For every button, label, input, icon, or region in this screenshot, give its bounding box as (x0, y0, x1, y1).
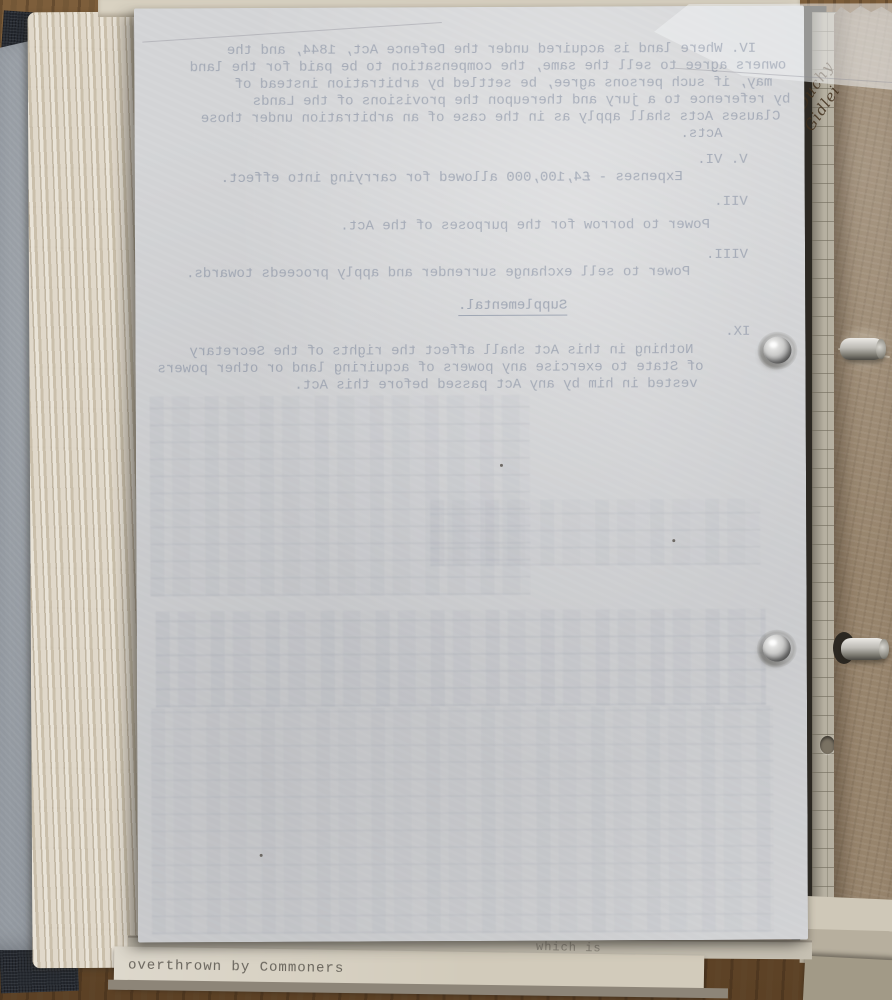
clause-ix-number: IX. (725, 324, 750, 341)
archive-binder-photo: Duchy Gidlei which is overthrown by Comm… (0, 0, 892, 1000)
paper-speck (672, 539, 675, 542)
fastener-stud-upper (763, 337, 791, 364)
ghost-text-region (430, 499, 760, 566)
page-edge-stack (27, 12, 148, 969)
clause-v-vi-number: V. VI. (697, 152, 747, 169)
clause-ix-paragraph: Nothing in this Act shall affect the rig… (157, 342, 805, 396)
typed-line: vested in him by any Act passed before t… (157, 376, 697, 395)
clause-vii-text: Power to borrow for the purposes of the … (340, 217, 710, 236)
mirrored-typed-text: IV. Where land is acquired under the Def… (134, 6, 806, 439)
clause-viii-text: Power to sell exchange surrender and app… (186, 264, 690, 283)
clause-iv-paragraph: IV. Where land is acquired under the Def… (190, 41, 805, 146)
bottom-right-papers (803, 956, 892, 1000)
supplemental-heading-text: Supplemental. (458, 298, 567, 316)
ghost-text-region (151, 706, 774, 935)
paper-speck (500, 464, 503, 467)
binder-post-upper (840, 338, 884, 360)
clause-v-vi-text: Expenses - £4,100,000 allowed for carryi… (221, 169, 683, 188)
binder-post-lower (841, 638, 887, 660)
punched-hole (820, 736, 835, 754)
clause-viii-number: VIII. (706, 247, 748, 264)
ghost-text-region (156, 609, 766, 708)
clause-vii-number: VII. (714, 194, 748, 211)
main-document-page: IV. Where land is acquired under the Def… (134, 6, 808, 943)
paper-speck (260, 854, 263, 857)
under-page-typed-text: overthrown by Commoners (128, 958, 344, 977)
supplemental-heading: Supplemental. (458, 298, 567, 315)
fastener-stud-lower (763, 635, 791, 662)
typed-line: Acts. (190, 126, 723, 145)
